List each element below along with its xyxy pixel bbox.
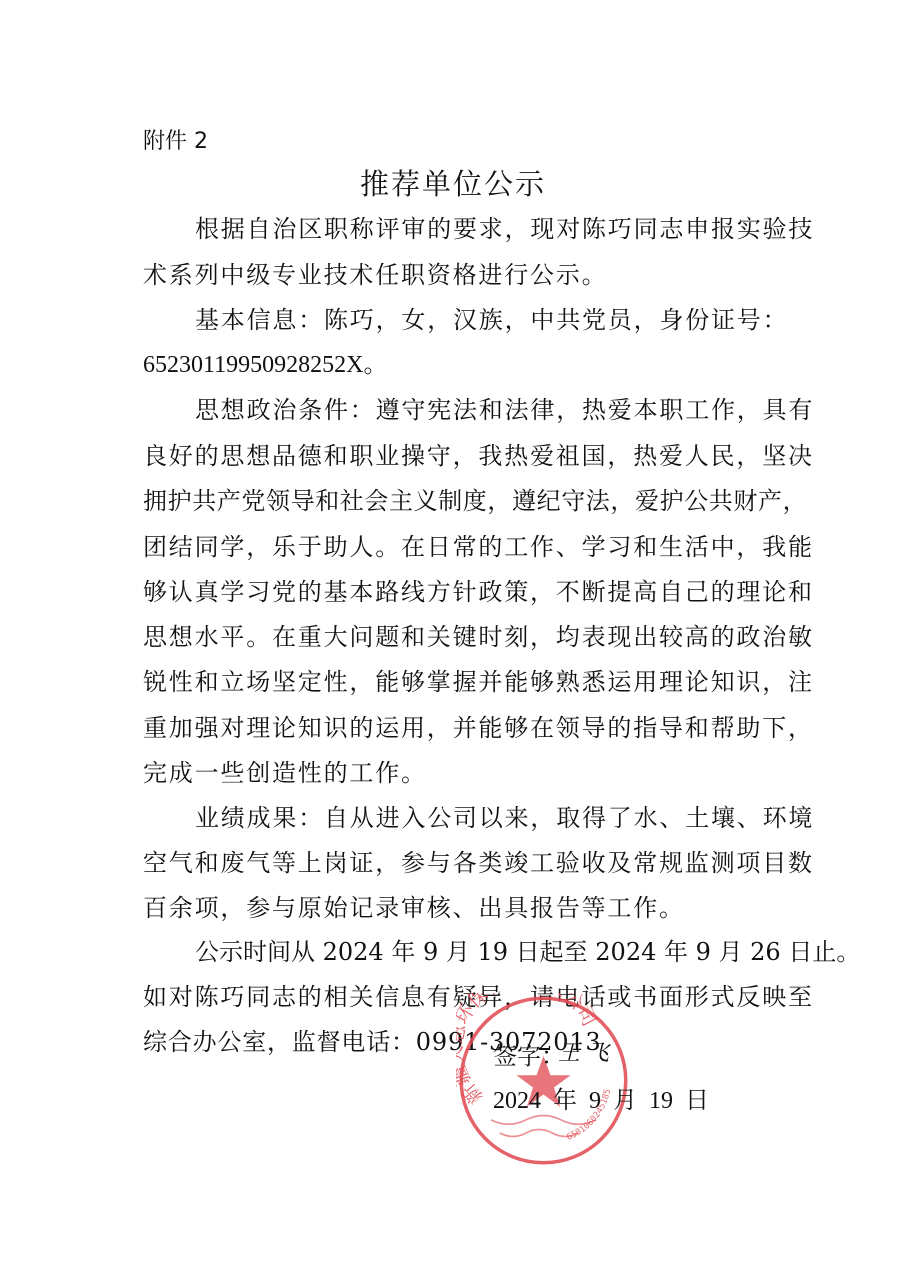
signature-date: 2024 年 9 月 19 日 [493,1080,709,1115]
text-line: 够认真学习党的基本路线方针政策，不断提高自己的理论和 [143,577,814,607]
signature-label: 签字： [493,1036,565,1071]
text-line: 良好的思想品德和职业操守，我热爱祖国，热爱人民，坚决 [143,441,814,471]
text-line: 根据自治区职称评审的要求，现对陈巧同志申报实验技 [195,214,814,244]
page-title: 推荐单位公示 [0,162,906,203]
text-line: 思想水平。在重大问题和关键时刻，均表现出较高的政治敏 [143,622,814,652]
text-line: 业绩成果：自从进入公司以来，取得了水、土壤、环境 [195,803,814,833]
text-line: 公示时间从 2024 年 9 月 19 日起至 2024 年 9 月 26 日止… [195,937,860,967]
text-line: 重加强对理论知识的运用，并能够在领导的指导和帮助下， [143,713,814,743]
text-line: 百余项，参与原始记录审核、出具报告等工作。 [143,893,685,923]
text-line: 思想政治条件：遵守宪法和法律，热爱本职工作，具有 [195,395,814,425]
text-line: 拥护共产党领导和社会主义制度，遵纪守法，爱护公共财产， [143,486,807,516]
attachment-label: 附件 2 [143,124,208,155]
text-line: 锐性和立场坚定性，能够掌握并能够熟悉运用理论知识，注 [143,667,814,697]
text-line: 完成一些创造性的工作。 [143,758,427,788]
text-line: 术系列中级专业技术任职资格进行公示。 [143,260,607,290]
text-line: 空气和废气等上岗证，参与各类竣工验收及常规监测项目数 [143,848,814,878]
text-line: 基本信息：陈巧，女，汉族，中共党员，身份证号： [195,305,788,335]
id-number: 65230119950928252X。 [143,350,387,380]
text-line: 团结同学，乐于助人。在日常的工作、学习和生活中，我能 [143,532,814,562]
signature-name: 王 飞 [558,1036,609,1067]
